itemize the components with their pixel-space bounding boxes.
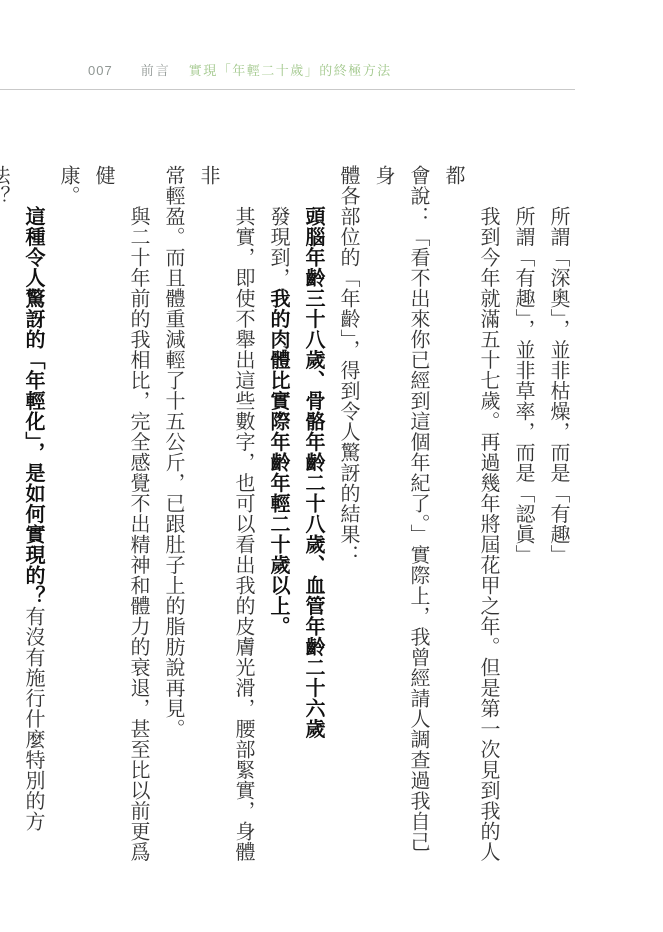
text-column: 所謂「有趣」，並非草率，而是「認眞」: [505, 165, 540, 870]
page-number: 007: [88, 63, 113, 78]
vertical-text-body: 所謂「深奧」，並非枯燥，而是「有趣」所謂「有趣」，並非草率，而是「認眞」我到今年…: [0, 165, 575, 875]
text-segment: 發現到，: [267, 206, 289, 288]
running-head: 007前言實現「年輕二十歲」的終極方法: [88, 62, 663, 80]
text-column: 發現到，我的肉體比實際年齡年輕二十歲以上。: [260, 165, 295, 870]
text-segment: 其實，即使不舉出這些數字，也可以看出我的皮膚光滑，腰部緊實，身體非: [197, 165, 254, 862]
text-column: 康。: [50, 165, 85, 870]
text-column: 頭腦年齡三十八歲、骨骼年齡二十八歲、血管年齡二十六歲: [295, 165, 330, 870]
text-segment: 體各部位的「年齡」，得到令人驚訝的結果：: [337, 165, 359, 565]
text-column: 我到今年就滿五十七歲。再過幾年將屆花甲之年。但是第一次見到我的人都: [435, 165, 505, 870]
emphasized-text-segment: 我的肉體比實際年齡年輕二十歲以上。: [267, 288, 289, 637]
text-segment: 會說：「看不出來你已經到這個年紀了。」實際上，我曾經請人調查過我自己身: [372, 165, 429, 852]
text-segment: 常輕盈。而且體重減輕了十五公斤，已跟肚子上的脂肪說再見。: [162, 165, 184, 739]
text-segment: 我到今年就滿五十七歲。再過幾年將屆花甲之年。但是第一次見到我的人都: [442, 165, 499, 862]
book-page: 007前言實現「年輕二十歲」的終極方法 所謂「深奧」，並非枯燥，而是「有趣」所謂…: [0, 0, 663, 932]
text-segment: 與二十年前的我相比，完全感覺不出精神和體力的衰退，甚至比以前更爲健: [92, 165, 149, 862]
emphasized-text-segment: 這種令人驚訝的「年輕化」，是如何實現的？: [22, 206, 44, 606]
chapter-title: 實現「年輕二十歲」的終極方法: [189, 63, 392, 78]
section-label: 前言: [141, 63, 171, 78]
text-segment: 所謂「有趣」，並非草率，而是「認眞」: [512, 206, 534, 565]
text-column: 所謂「深奧」，並非枯燥，而是「有趣」: [540, 165, 575, 870]
text-column: 這種令人驚訝的「年輕化」，是如何實現的？有沒有施行什麼特別的方法？: [0, 165, 50, 870]
emphasized-text-segment: 頭腦年齡三十八歲、骨骼年齡二十八歲、血管年齡二十六歲: [302, 206, 324, 739]
header-divider-line: [0, 89, 575, 90]
text-column: 體各部位的「年齡」，得到令人驚訝的結果：: [330, 165, 365, 870]
text-column: 會說：「看不出來你已經到這個年紀了。」實際上，我曾經請人調查過我自己身: [365, 165, 435, 870]
text-column: 其實，即使不舉出這些數字，也可以看出我的皮膚光滑，腰部緊實，身體非: [190, 165, 260, 870]
text-segment: 康。: [57, 165, 79, 206]
text-segment: 所謂「深奧」，並非枯燥，而是「有趣」: [547, 206, 569, 565]
text-column: 與二十年前的我相比，完全感覺不出精神和體力的衰退，甚至比以前更爲健: [85, 165, 155, 870]
text-column: 常輕盈。而且體重減輕了十五公斤，已跟肚子上的脂肪說再見。: [155, 165, 190, 870]
